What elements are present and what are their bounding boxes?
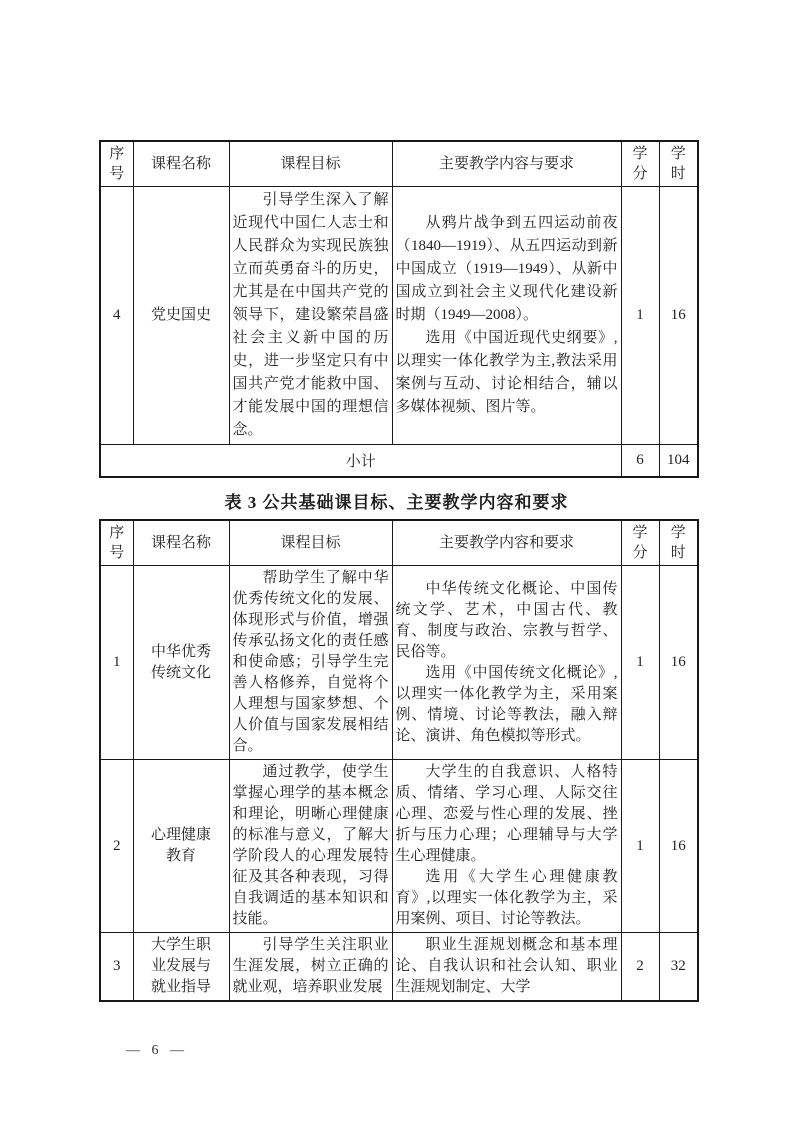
t3-row2-content: 大学生的自我意识、人格特质、情绪、学习心理、人际交往心理、恋爱与性心理的发展、挫…	[392, 760, 621, 933]
course-table-continued: 序号 课程名称 课程目标 主要教学内容与要求 学分 学时 4 党史国史 引导学生…	[99, 140, 699, 478]
t3-row1-objective-text: 帮助学生了解中华优秀传统文化的发展、体现形式与价值，增强传承弘扬文化的责任感和使…	[233, 568, 389, 757]
t3-row3-hours: 32	[659, 933, 698, 1002]
row4-content: 从鸦片战争到五四运动前夜（1840—1919）、从五四运动到新中国成立（1919…	[392, 187, 621, 445]
t3-row2-content-paragraph-1: 大学生的自我意识、人格特质、情绪、学习心理、人际交往心理、恋爱与性心理的发展、挫…	[396, 762, 618, 867]
t3-header-objective: 课程目标	[229, 520, 392, 566]
table-row-course-2: 2 心理健康教育 通过教学，使学生掌握心理学的基本概念和理论，明晰心理健康的标准…	[100, 760, 698, 933]
row4-content-paragraph-2: 选用《中国近现代史纲要》,以理实一体化教学为主,教法采用案例与互动、讨论相结合，…	[396, 327, 618, 419]
t3-row1-hours: 16	[659, 566, 698, 760]
t3-row1-no: 1	[100, 566, 133, 760]
t3-row3-no: 3	[100, 933, 133, 1002]
table-header-row: 序号 课程名称 课程目标 主要教学内容与要求 学分 学时	[100, 141, 698, 187]
t3-row1-objective: 帮助学生了解中华优秀传统文化的发展、体现形式与价值，增强传承弘扬文化的责任感和使…	[229, 566, 392, 760]
table3-header-row: 序号 课程名称 课程目标 主要教学内容和要求 学分 学时	[100, 520, 698, 566]
t3-row3-objective: 引导学生关注职业生涯发展，树立正确的就业观，培养职业发展	[229, 933, 392, 1002]
subtotal-row: 小计 6 104	[100, 445, 698, 477]
row4-course-name: 党史国史	[133, 187, 229, 445]
t1-header-content: 主要教学内容与要求	[392, 141, 621, 187]
t3-row2-credits: 1	[621, 760, 659, 933]
t3-row1-content-paragraph-2: 选用《中国传统文化概论》,以理实一体化教学为主，采用案例、情境、讨论等教法，融入…	[396, 663, 618, 747]
t3-row2-content-paragraph-2: 选用《大学生心理健康教育》,以理实一体化教学为主，采用案例、项目、讨论等教法。	[396, 867, 618, 930]
t3-row2-no: 2	[100, 760, 133, 933]
t1-header-hours: 学时	[659, 141, 698, 187]
row4-hours: 16	[659, 187, 698, 445]
t3-row3-content-paragraph-1: 职业生涯规划概念和基本理论、自我认识和社会认知、职业生涯规划制定、大学	[396, 935, 618, 998]
subtotal-credits: 6	[621, 445, 659, 477]
subtotal-label: 小计	[100, 445, 621, 477]
t3-row1-content-paragraph-1: 中华传统文化概论、中国传统文学、艺术，中国古代、教育、制度与政治、宗教与哲学、民…	[396, 579, 618, 663]
page-number: — 6 —	[126, 1043, 188, 1059]
t3-header-no: 序号	[100, 520, 133, 566]
table-row-course-3: 3 大学生职业发展与就业指导 引导学生关注职业生涯发展，树立正确的就业观，培养职…	[100, 933, 698, 1002]
t3-header-credits: 学分	[621, 520, 659, 566]
public-basic-course-table: 序号 课程名称 课程目标 主要教学内容和要求 学分 学时 1 中华优秀传统文化 …	[99, 519, 699, 1002]
t3-row3-objective-text: 引导学生关注职业生涯发展，树立正确的就业观，培养职业发展	[233, 935, 389, 998]
row4-objective-text: 引导学生深入了解近现代中国仁人志士和人民群众为实现民族独立而英勇奋斗的历史，尤其…	[233, 189, 389, 442]
t1-header-course-name: 课程名称	[133, 141, 229, 187]
document-page: 序号 课程名称 课程目标 主要教学内容与要求 学分 学时 4 党史国史 引导学生…	[0, 0, 793, 1122]
t3-row1-course-name: 中华优秀传统文化	[133, 566, 229, 760]
t3-row2-objective: 通过教学，使学生掌握心理学的基本概念和理论，明晰心理健康的标准与意义，了解大学阶…	[229, 760, 392, 933]
t3-row2-hours: 16	[659, 760, 698, 933]
row4-no: 4	[100, 187, 133, 445]
t3-row3-content: 职业生涯规划概念和基本理论、自我认识和社会认知、职业生涯规划制定、大学	[392, 933, 621, 1002]
t3-header-course-name: 课程名称	[133, 520, 229, 566]
t3-row1-content: 中华传统文化概论、中国传统文学、艺术，中国古代、教育、制度与政治、宗教与哲学、民…	[392, 566, 621, 760]
t1-header-objective: 课程目标	[229, 141, 392, 187]
subtotal-hours: 104	[659, 445, 698, 477]
table-row-course-4: 4 党史国史 引导学生深入了解近现代中国仁人志士和人民群众为实现民族独立而英勇奋…	[100, 187, 698, 445]
table-row-course-1: 1 中华优秀传统文化 帮助学生了解中华优秀传统文化的发展、体现形式与价值，增强传…	[100, 566, 698, 760]
t3-row3-course-name: 大学生职业发展与就业指导	[133, 933, 229, 1002]
t1-header-no: 序号	[100, 141, 133, 187]
row4-credits: 1	[621, 187, 659, 445]
t3-header-hours: 学时	[659, 520, 698, 566]
row4-content-paragraph-1: 从鸦片战争到五四运动前夜（1840—1919）、从五四运动到新中国成立（1919…	[396, 212, 618, 327]
t3-row1-credits: 1	[621, 566, 659, 760]
table3-title: 表 3 公共基础课目标、主要教学内容和要求	[0, 488, 793, 513]
t3-row2-objective-text: 通过教学，使学生掌握心理学的基本概念和理论，明晰心理健康的标准与意义，了解大学阶…	[233, 762, 389, 930]
t1-header-credits: 学分	[621, 141, 659, 187]
t3-header-content: 主要教学内容和要求	[392, 520, 621, 566]
row4-objective: 引导学生深入了解近现代中国仁人志士和人民群众为实现民族独立而英勇奋斗的历史，尤其…	[229, 187, 392, 445]
t3-row3-credits: 2	[621, 933, 659, 1002]
t3-row2-course-name: 心理健康教育	[133, 760, 229, 933]
